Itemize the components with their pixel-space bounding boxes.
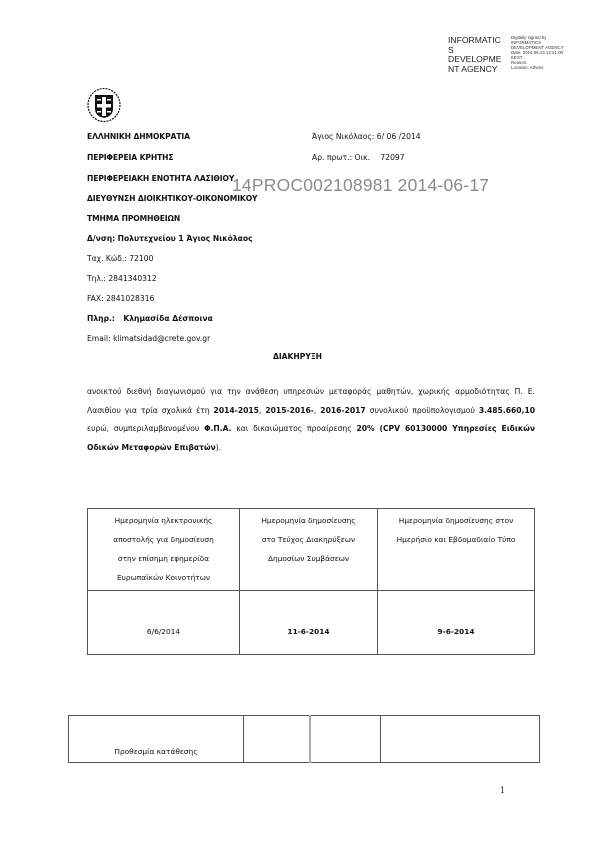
address-label: Δ/νση:: [87, 234, 115, 243]
header-line: Ημερομηνία δημοσίευσης στον: [378, 511, 534, 530]
place-date-label: Άγιος Νικόλαος:: [312, 132, 374, 141]
text: ).: [216, 443, 221, 452]
place-date: Άγιος Νικόλαος: 6/ 06 /2014: [312, 132, 421, 141]
postal-label: Ταχ. Κώδ.:: [87, 254, 127, 263]
place-date-value: 6/ 06 /2014: [377, 132, 421, 141]
protocol-label: Αρ. πρωτ.: Οικ.: [312, 153, 370, 162]
deadline-cell: [310, 716, 381, 763]
text: και δικαιώματος προαίρεσης: [231, 424, 356, 433]
budget-amount: 3.485.660,10: [479, 406, 535, 415]
publication-dates-table: Ημερομηνία ηλεκτρονικής αποστολής για δη…: [87, 508, 535, 655]
signature-org-line: INFORMATIC: [448, 36, 508, 46]
protocol-number: Αρ. πρωτ.: Οικ. 72097: [312, 153, 405, 162]
text: ευρώ, συμπεριλαμβανομένου: [87, 424, 204, 433]
info-value: Κλημασίδα Δέσποινα: [123, 314, 212, 323]
year-range: 2015-2016-: [265, 406, 314, 415]
fax-value: 2841028316: [106, 294, 154, 303]
email-label: Email:: [87, 334, 111, 343]
table-row: Προθεσμία κατάθεσης: [69, 716, 540, 763]
header-cell-press: Ημερομηνία δημοσίευσης στον Ημερήσιο και…: [378, 509, 535, 591]
contact-phone: Τηλ.: 2841340312: [87, 274, 157, 283]
header-cell-eu-submission: Ημερομηνία ηλεκτρονικής αποστολής για δη…: [88, 509, 240, 591]
vat-label: Φ.Π.Α.: [204, 424, 231, 433]
year-range: 2016-2017: [320, 406, 365, 415]
phone-value: 2841340312: [108, 274, 156, 283]
tender-description: ανοικτού διεθνή διαγωνισμού για την ανάθ…: [87, 383, 535, 457]
protocol-value: 72097: [380, 153, 404, 162]
deadline-table: Προθεσμία κατάθεσης: [68, 715, 540, 763]
greek-coat-of-arms-icon: [86, 87, 122, 123]
header-regional-unit: ΠΕΡΙΦΕΡΕΙΑΚΗ ΕΝΟΤΗΤΑ ΛΑΣΙΘΙΟΥ: [87, 174, 234, 183]
page-number: 1: [500, 786, 505, 795]
email-link[interactable]: klimatsidad@crete.gov.gr: [113, 334, 210, 343]
info-label: Πληρ.:: [87, 314, 115, 323]
deadline-cell: [244, 716, 311, 763]
header-line: Δημοσίων Συμβάσεων: [240, 549, 377, 568]
header-region: ΠΕΡΙΦΕΡΕΙΑ ΚΡΗΤΗΣ: [87, 153, 174, 162]
header-line: στην επίσημη εφημερίδα: [88, 549, 239, 568]
option-percent: 20%: [356, 424, 374, 433]
header-line: Ημερομηνία δημοσίευσης: [240, 511, 377, 530]
header-department: ΤΜΗΜΑ ΠΡΟΜΗΘΕΙΩΝ: [87, 214, 180, 223]
header-country: ΕΛΛΗΝΙΚΗ ΔΗΜΟΚΡΑΤΙΑ: [87, 132, 190, 141]
contact-postal-code: Ταχ. Κώδ.: 72100: [87, 254, 153, 263]
signature-details: Digitally signed by INFORMATICS DEVELOPM…: [511, 35, 591, 70]
contact-email: Email: klimatsidad@crete.gov.gr: [87, 334, 210, 343]
deadline-cell: [381, 716, 540, 763]
header-line: αποστολής για δημοσίευση: [88, 530, 239, 549]
value-press: 9-6-2014: [378, 591, 535, 655]
contact-address: Δ/νση: Πολυτεχνείου 1 Άγιος Νικόλαος: [87, 234, 253, 243]
header-line: στο Τεύχος Διακηρύξεων: [240, 530, 377, 549]
document-title: ΔΙΑΚΗΡΥΞΗ: [0, 352, 595, 361]
header-line: Ημερομηνία ηλεκτρονικής: [88, 511, 239, 530]
table-header-row: Ημερομηνία ηλεκτρονικής αποστολής για δη…: [88, 509, 535, 591]
fax-label: FAX:: [87, 294, 104, 303]
signature-org-line: NT AGENCY: [448, 65, 508, 75]
document-id-stamp: 14PROC002108981 2014-06-17: [232, 175, 489, 196]
year-range: 2014-2015: [214, 406, 259, 415]
header-line: Ευρωπαϊκών Κοινοτήτων: [88, 568, 239, 587]
text: συνολικού προϋπολογισμού: [366, 406, 479, 415]
table-row: 6/6/2014 11-6-2014 9-6-2014: [88, 591, 535, 655]
phone-label: Τηλ.:: [87, 274, 106, 283]
address-value: Πολυτεχνείου 1 Άγιος Νικόλαος: [118, 234, 253, 243]
deadline-label-cell: Προθεσμία κατάθεσης: [69, 716, 244, 763]
value-tender-bulletin: 11-6-2014: [240, 591, 378, 655]
signature-organization: INFORMATIC S DEVELOPME NT AGENCY: [448, 36, 508, 74]
signature-detail-line: Location: Athens: [511, 65, 591, 70]
header-line: Ημερήσιο και Εβδομαδιαίο Τύπο: [378, 530, 534, 549]
contact-person: Πληρ.: Κλημασίδα Δέσποινα: [87, 314, 213, 323]
value-eu-submission: 6/6/2014: [88, 591, 240, 655]
header-cell-tender-bulletin: Ημερομηνία δημοσίευσης στο Τεύχος Διακηρ…: [240, 509, 378, 591]
contact-fax: FAX: 2841028316: [87, 294, 154, 303]
postal-value: 72100: [129, 254, 153, 263]
